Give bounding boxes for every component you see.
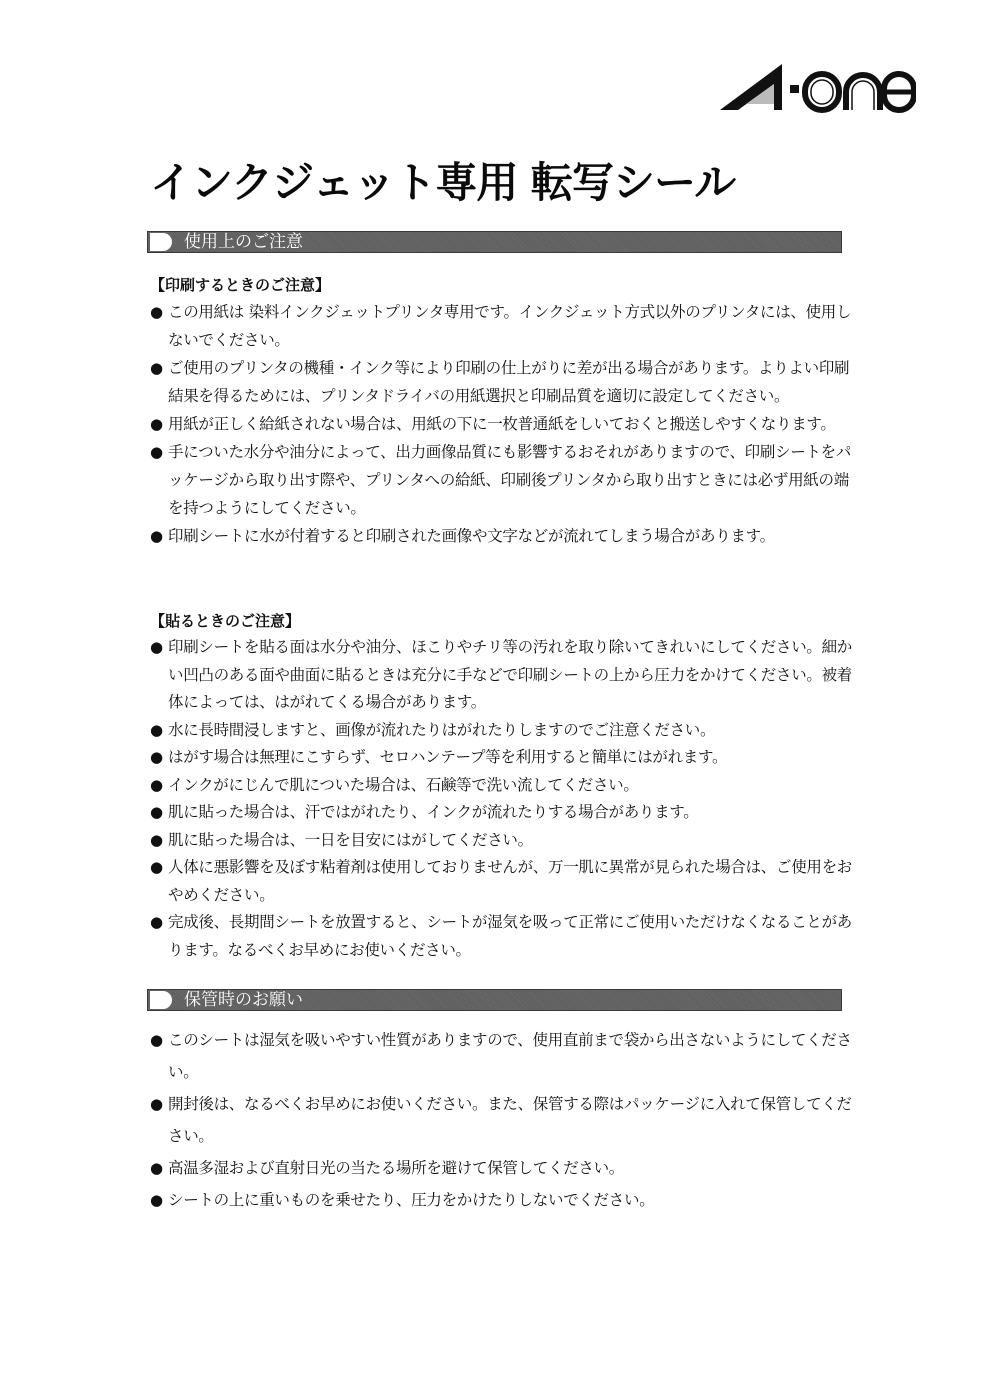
storage-list: このシートは湿気を吸いやすい性質がありますので、使用直前まで袋から出さないように…	[150, 1024, 860, 1216]
list-item: 肌に貼った場合は、汗ではがれたり、インクが流れたりする場合があります。	[150, 799, 860, 827]
list-item: 印刷シートに水が付着すると印刷された画像や文字などが流れてしまう場合があります。	[150, 522, 860, 550]
list-item: シートの上に重いものを乗せたり、圧力をかけたりしないでください。	[150, 1184, 860, 1216]
list-item: 高温多湿および直射日光の当たる場所を避けて保管してください。	[150, 1152, 860, 1184]
list-item: 完成後、長期間シートを放置すると、シートが湿気を吸って正常にご使用いただけなくな…	[150, 909, 860, 964]
list-item: インクがにじんで肌についた場合は、石鹸等で洗い流してください。	[150, 772, 860, 800]
list-item: 手についた水分や油分によって、出力画像品質にも影響するおそれがありますので、印刷…	[150, 438, 860, 522]
section-marker-icon	[150, 991, 172, 1009]
printing-precautions-list: この用紙は 染料インクジェットプリンタ専用です。インクジェット方式以外のプリンタ…	[150, 298, 860, 550]
list-item: ご使用のプリンタの機種・インク等により印刷の仕上がりに差が出る場合があります。よ…	[150, 354, 860, 410]
section-marker-icon	[150, 233, 172, 251]
list-item: はがす場合は無理にこすらず、セロハンテープ等を利用すると簡単にはがれます。	[150, 744, 860, 772]
section-heading: 保管時のお願い	[184, 989, 303, 1011]
section-heading: 使用上のご注意	[184, 231, 303, 253]
applying-precautions-list: 印刷シートを貼る面は水分や油分、ほこりやチリ等の汚れを取り除いてきれいにしてくだ…	[150, 634, 860, 964]
section-header-storage: 保管時のお願い	[147, 989, 842, 1011]
list-item: この用紙は 染料インクジェットプリンタ専用です。インクジェット方式以外のプリンタ…	[150, 298, 860, 354]
list-item: 人体に悪影響を及ぼす粘着剤は使用しておりませんが、万一肌に異常が見られた場合は、…	[150, 854, 860, 909]
section-header-usage-precautions: 使用上のご注意	[147, 231, 842, 253]
a-one-logo	[716, 58, 916, 118]
list-item: このシートは湿気を吸いやすい性質がありますので、使用直前まで袋から出さないように…	[150, 1024, 860, 1088]
subheading-printing: 【印刷するときのご注意】	[150, 274, 330, 295]
list-item: 用紙が正しく給紙されない場合は、用紙の下に一枚普通紙をしいておくと搬送しやすくな…	[150, 410, 860, 438]
list-item: 開封後は、なるべくお早めにお使いください。また、保管する際はパッケージに入れて保…	[150, 1088, 860, 1152]
page-title: インクジェット専用 転写シール	[150, 150, 735, 210]
list-item: 肌に貼った場合は、一日を目安にはがしてください。	[150, 827, 860, 855]
list-item: 印刷シートを貼る面は水分や油分、ほこりやチリ等の汚れを取り除いてきれいにしてくだ…	[150, 634, 860, 717]
list-item: 水に長時間浸しますと、画像が流れたりはがれたりしますのでご注意ください。	[150, 717, 860, 745]
subheading-applying: 【貼るときのご注意】	[150, 610, 300, 631]
